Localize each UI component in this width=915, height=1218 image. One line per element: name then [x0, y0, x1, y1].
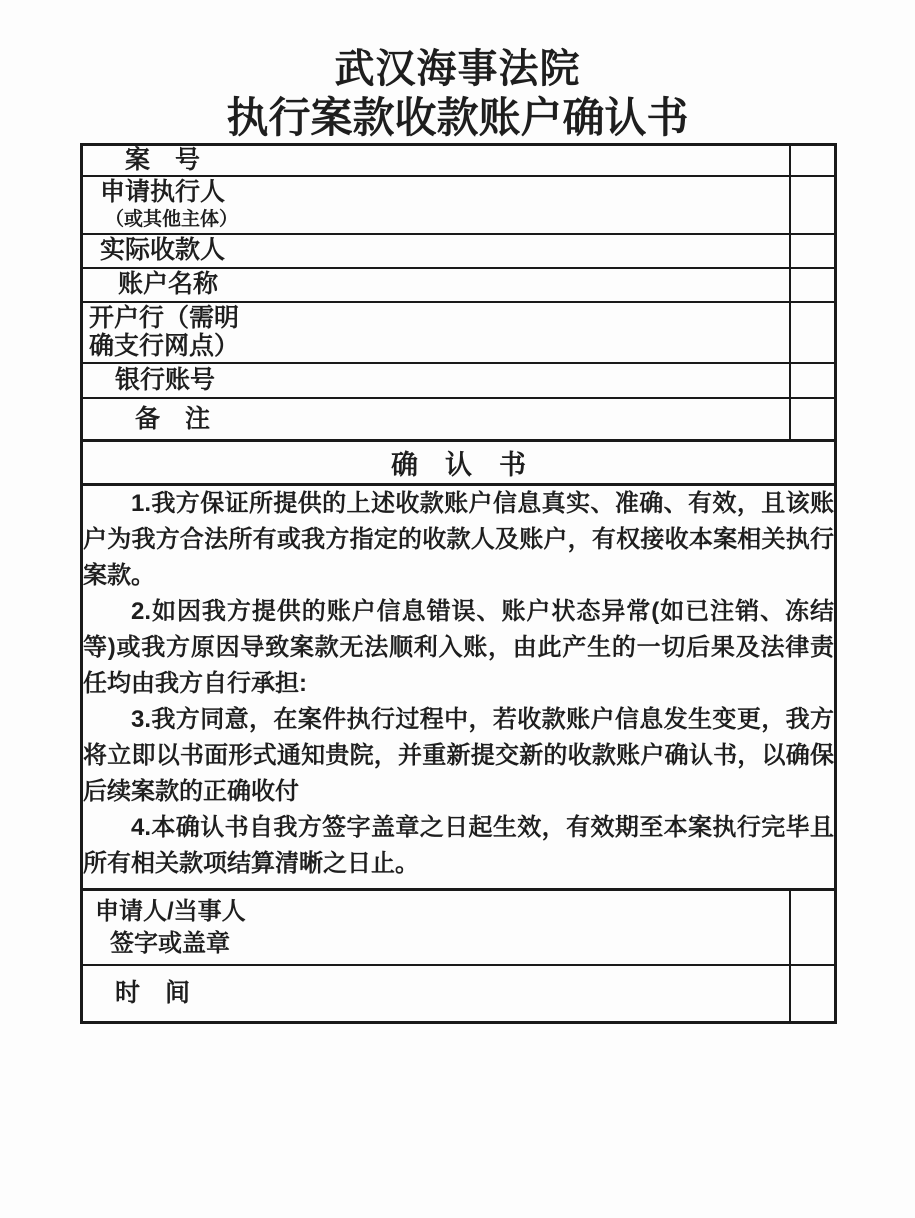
applicant-field-cell[interactable]: 申请执行人 （或其他主体） — [82, 176, 790, 234]
confirmation-paragraph-4: 4.本确认书自我方签字盖章之日起生效，有效期至本案执行完毕且所有相关款项结算清晰… — [83, 810, 834, 882]
confirmation-paragraph-3: 3.我方同意，在案件执行过程中，若收款账户信息发生变更，我方将立即以书面形式通知… — [83, 702, 834, 810]
account-name-field-cell[interactable]: 账户名称 — [82, 268, 790, 302]
applicant-row: 申请执行人 （或其他主体） — [82, 176, 836, 234]
actual-payee-label: 实际收款人 — [83, 236, 789, 265]
confirmation-header-row: 确 认 书 — [82, 441, 836, 485]
signature-row: 申请人/当事人 签字或盖章 — [82, 890, 836, 965]
signature-label-line1: 申请人/当事人 — [83, 898, 789, 926]
account-name-label: 账户名称 — [83, 270, 789, 299]
account-name-row: 账户名称 — [82, 268, 836, 302]
remarks-row: 备 注 — [82, 398, 836, 441]
bank-branch-label-line1: 开户行（需明 — [83, 304, 789, 333]
bank-account-number-row: 银行账号 — [82, 363, 836, 398]
bank-branch-row: 开户行（需明 确支行网点） — [82, 302, 836, 363]
bank-account-number-label: 银行账号 — [83, 366, 789, 395]
date-label: 时 间 — [83, 979, 789, 1008]
date-field-cell[interactable]: 时 间 — [82, 965, 790, 1023]
applicant-side-cell[interactable] — [790, 176, 836, 234]
document-title: 武汉海事法院 执行案款收款账户确认书 — [0, 46, 915, 142]
bank-branch-label-line2: 确支行网点） — [83, 332, 789, 361]
remarks-side-cell[interactable] — [790, 398, 836, 441]
confirmation-section-title: 确 认 书 — [82, 441, 836, 485]
bank-branch-field-cell[interactable]: 开户行（需明 确支行网点） — [82, 302, 790, 363]
confirmation-paragraph-2: 2.如因我方提供的账户信息错误、账户状态异常(如已注销、冻结等)或我方原因导致案… — [83, 594, 834, 702]
actual-payee-field-cell[interactable]: 实际收款人 — [82, 234, 790, 268]
account-confirmation-form: 案 号 申请执行人 （或其他主体） 实际收款人 账户名称 开户行 — [80, 143, 837, 1024]
case-number-side-cell[interactable] — [790, 145, 836, 176]
document-page: 武汉海事法院 执行案款收款账户确认书 案 号 申请执行人 （或其他主体） 实际收… — [0, 0, 915, 1218]
actual-payee-row: 实际收款人 — [82, 234, 836, 268]
signature-field-cell[interactable]: 申请人/当事人 签字或盖章 — [82, 890, 790, 965]
applicant-label-note: （或其他主体） — [83, 209, 789, 231]
bank-account-number-side-cell[interactable] — [790, 363, 836, 398]
bank-branch-side-cell[interactable] — [790, 302, 836, 363]
case-number-field-cell[interactable]: 案 号 — [82, 145, 790, 176]
remarks-label: 备 注 — [83, 405, 789, 434]
case-number-row: 案 号 — [82, 145, 836, 176]
applicant-label: 申请执行人 — [83, 178, 789, 207]
remarks-field-cell[interactable]: 备 注 — [82, 398, 790, 441]
case-number-label: 案 号 — [83, 146, 789, 175]
date-row: 时 间 — [82, 965, 836, 1023]
confirmation-body-row: 1.我方保证所提供的上述收款账户信息真实、准确、有效，且该账户为我方合法所有或我… — [82, 485, 836, 890]
bank-account-number-field-cell[interactable]: 银行账号 — [82, 363, 790, 398]
signature-label-line2: 签字或盖章 — [83, 930, 789, 958]
confirmation-paragraph-1: 1.我方保证所提供的上述收款账户信息真实、准确、有效，且该账户为我方合法所有或我… — [83, 486, 834, 594]
account-name-side-cell[interactable] — [790, 268, 836, 302]
confirmation-text-cell: 1.我方保证所提供的上述收款账户信息真实、准确、有效，且该账户为我方合法所有或我… — [82, 485, 836, 890]
date-side-cell[interactable] — [790, 965, 836, 1023]
signature-side-cell[interactable] — [790, 890, 836, 965]
actual-payee-side-cell[interactable] — [790, 234, 836, 268]
court-name: 武汉海事法院 — [0, 46, 915, 93]
document-subtitle: 执行案款收款账户确认书 — [0, 93, 915, 142]
